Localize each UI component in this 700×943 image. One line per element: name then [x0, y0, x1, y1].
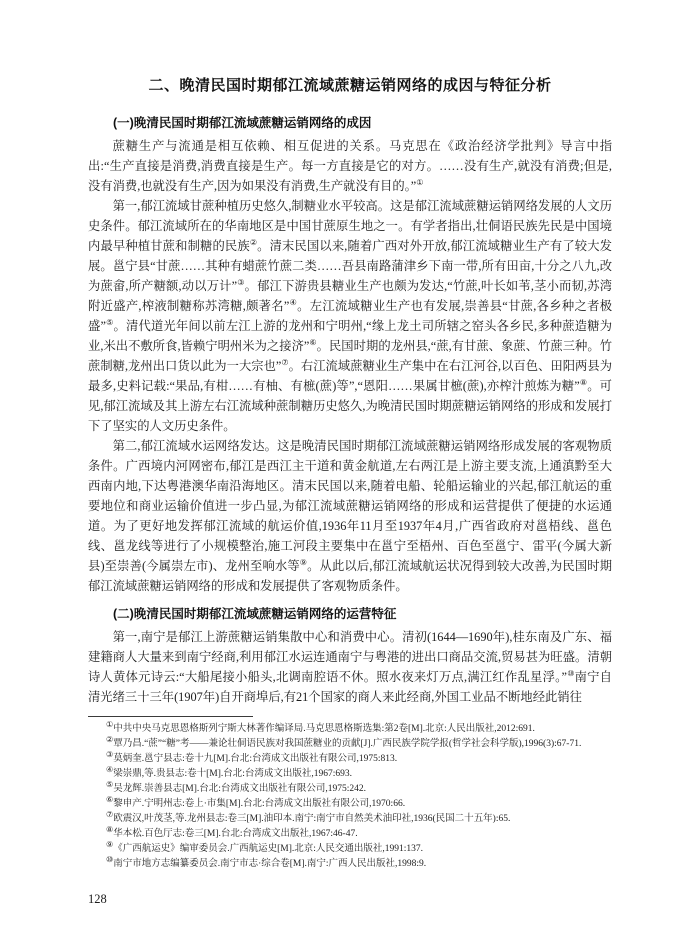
footnote-item-4: ④梁崇鼎,等.贵县志:卷十[M].台北:台湾成文出版社,1967:693. [88, 767, 612, 782]
page-number: 128 [88, 892, 107, 907]
footnote-item-6: ⑥黎申产.宁明州志:卷上·市集[M].台北:台湾成文出版社有限公司,1970:6… [88, 797, 612, 812]
body-paragraph-1: 蔗糖生产与流通是相互依赖、相互促进的关系。马克思在《政治经济学批判》导言中指出:… [88, 136, 612, 196]
body-paragraph-4: 第一,南宁是郁江上游蔗糖运销集散中心和消费中心。清初(1644—1690年),桂… [88, 627, 612, 707]
footnote-item-3: ③莫炳奎.邕宁县志:卷十九[M].台北:台湾成文出版社有限公司,1975:813… [88, 752, 612, 767]
footnote-item-2: ②覃乃昌.“蔗”“糖”考——兼论壮侗语民族对我国蔗糖业的贡献[J].广西民族学院… [88, 737, 612, 752]
footnote-item-10: ⑩南宁市地方志编纂委员会.南宁市志·综合卷[M].南宁:广西人民出版社,1998… [88, 857, 612, 872]
section-1-heading: (一)晚清民国时期郁江流域蔗糖运销网络的成因 [88, 113, 612, 131]
footnote-separator [88, 716, 253, 717]
footnote-item-8: ⑧华本松.百色厅志:卷三[M].台北:台湾成文出版社,1967:46-47. [88, 827, 612, 842]
body-paragraph-2: 第一,郁江流域甘蔗种植历史悠久,制糖业水平较高。这是郁江流域蔗糖运销网络发展的人… [88, 196, 612, 436]
section-2-heading: (二)晚清民国时期郁江流域蔗糖运销网络的运营特征 [88, 604, 612, 622]
footnote-item-7: ⑦欧震汉,叶茂茎,等.龙州县志:卷三[M].油印本.南宁:南宁市自然美术油印社,… [88, 812, 612, 827]
footnote-item-5: ⑤吴龙辉.崇善县志[M].台北:台湾成文出版社有限公司,1975:242. [88, 782, 612, 797]
page-title: 二、晚清民国时期郁江流域蔗糖运销网络的成因与特征分析 [88, 74, 612, 95]
document-page: 二、晚清民国时期郁江流域蔗糖运销网络的成因与特征分析 (一)晚清民国时期郁江流域… [0, 0, 700, 943]
footnote-item-9: ⑨《广西航运史》编审委员会.广西航运史[M].北京:人民交通出版社,1991:1… [88, 842, 612, 857]
footnotes-block: ①中共中央马克思恩格斯列宁斯大林著作编译局.马克思恩格斯选集:第2卷[M].北京… [88, 722, 612, 872]
body-paragraph-3: 第二,郁江流域水运网络发达。这是晚清民国时期郁江流域蔗糖运销网络形成发展的客观物… [88, 436, 612, 596]
footnote-item-1: ①中共中央马克思恩格斯列宁斯大林著作编译局.马克思恩格斯选集:第2卷[M].北京… [88, 722, 612, 737]
